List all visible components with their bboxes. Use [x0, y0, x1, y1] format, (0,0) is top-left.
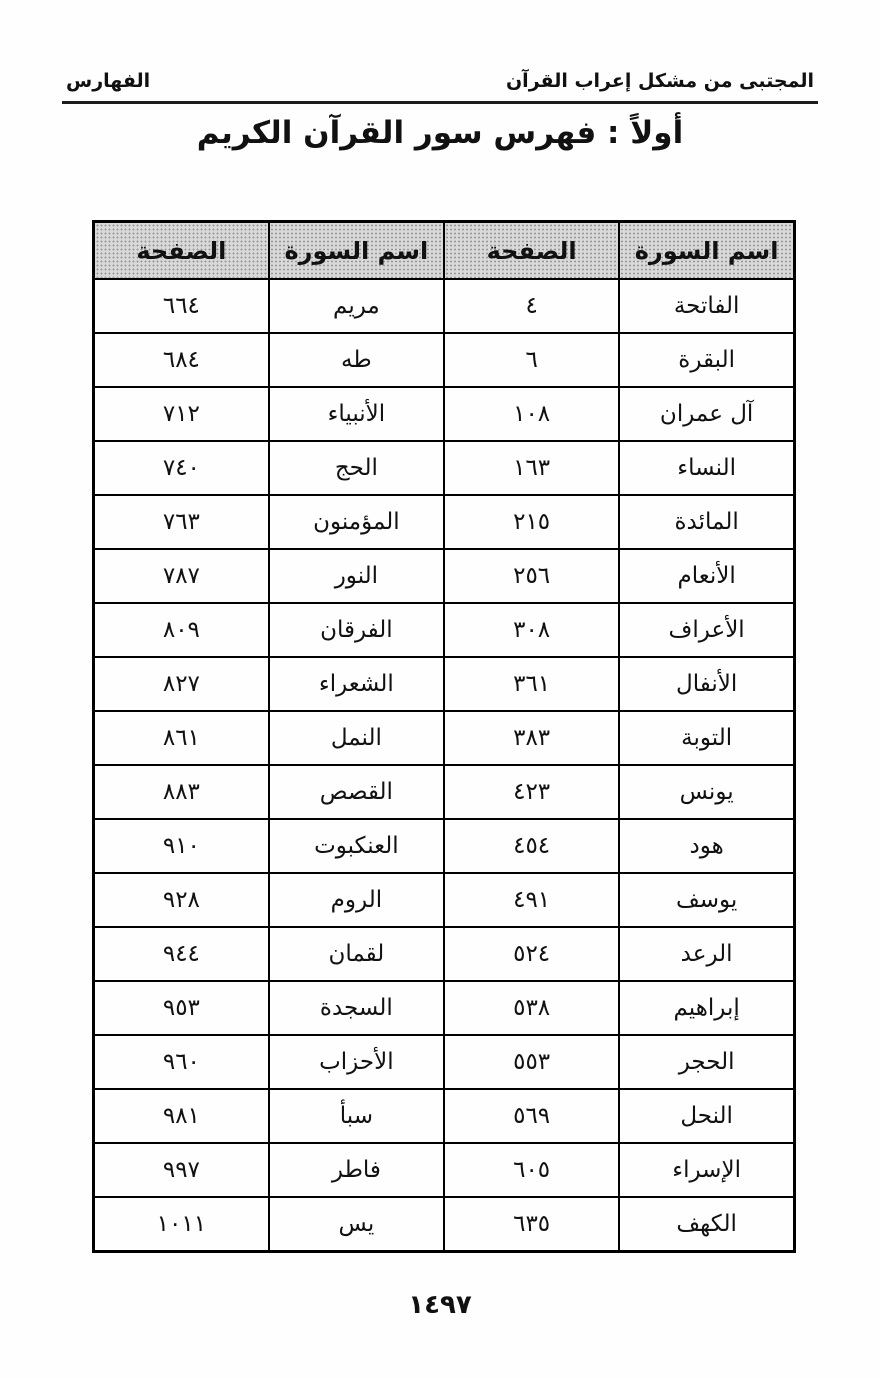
surah-name-cell: هود: [619, 819, 794, 873]
table-row: الإسراء٦٠٥فاطر٩٩٧: [94, 1143, 795, 1197]
page-number-cell: ٤٩١: [444, 873, 619, 927]
table-header: اسم السورة الصفحة اسم السورة الصفحة: [94, 222, 795, 280]
surah-name-cell: النحل: [619, 1089, 794, 1143]
table-row: البقرة٦طه٦٨٤: [94, 333, 795, 387]
surah-name-cell: الروم: [269, 873, 444, 927]
page-number-cell: ٦٦٤: [94, 279, 269, 333]
surah-name-cell: التوبة: [619, 711, 794, 765]
page-number-cell: ٣٨٣: [444, 711, 619, 765]
page-number-cell: ٤: [444, 279, 619, 333]
page-number-cell: ٦: [444, 333, 619, 387]
page-number-cell: ٩١٠: [94, 819, 269, 873]
page-number: ١٤٩٧: [0, 1290, 880, 1320]
page-number-cell: ٣٠٨: [444, 603, 619, 657]
page-number-cell: ٨٠٩: [94, 603, 269, 657]
page-number-cell: ٩٩٧: [94, 1143, 269, 1197]
table-row: إبراهيم٥٣٨السجدة٩٥٣: [94, 981, 795, 1035]
surah-name-cell: الأحزاب: [269, 1035, 444, 1089]
page-number-cell: ٨٢٧: [94, 657, 269, 711]
table-row: يوسف٤٩١الروم٩٢٨: [94, 873, 795, 927]
page-number-cell: ٩٨١: [94, 1089, 269, 1143]
surah-name-cell: طه: [269, 333, 444, 387]
page-number-cell: ٣٦١: [444, 657, 619, 711]
surah-name-cell: النور: [269, 549, 444, 603]
header-rule: [62, 101, 818, 104]
page-number-cell: ٤٢٣: [444, 765, 619, 819]
surah-name-cell: يونس: [619, 765, 794, 819]
column-header-surah-name-1: اسم السورة: [619, 222, 794, 280]
surah-name-cell: لقمان: [269, 927, 444, 981]
page-number-cell: ٩٥٣: [94, 981, 269, 1035]
page-number-cell: ٦٣٥: [444, 1197, 619, 1252]
page-number-cell: ٥٥٣: [444, 1035, 619, 1089]
surah-name-cell: السجدة: [269, 981, 444, 1035]
surah-name-cell: المائدة: [619, 495, 794, 549]
book-page: المجتبى من مشكل إعراب القرآن الفهارس أول…: [0, 0, 880, 1378]
page-number-cell: ٩٢٨: [94, 873, 269, 927]
page-number-cell: ٧٤٠: [94, 441, 269, 495]
surah-name-cell: الشعراء: [269, 657, 444, 711]
surah-name-cell: الأنفال: [619, 657, 794, 711]
page-number-cell: ٩٦٠: [94, 1035, 269, 1089]
table-row: التوبة٣٨٣النمل٨٦١: [94, 711, 795, 765]
surah-name-cell: يس: [269, 1197, 444, 1252]
table-row: الأنعام٢٥٦النور٧٨٧: [94, 549, 795, 603]
book-title: المجتبى من مشكل إعراب القرآن: [506, 70, 814, 92]
column-header-surah-name-2: اسم السورة: [269, 222, 444, 280]
surah-index-table: اسم السورة الصفحة اسم السورة الصفحة الفا…: [92, 220, 796, 1253]
running-head: المجتبى من مشكل إعراب القرآن الفهارس: [66, 70, 814, 92]
page-number-cell: ٥٣٨: [444, 981, 619, 1035]
table-row: الأعراف٣٠٨الفرقان٨٠٩: [94, 603, 795, 657]
table-row: الرعد٥٢٤لقمان٩٤٤: [94, 927, 795, 981]
table-row: الأنفال٣٦١الشعراء٨٢٧: [94, 657, 795, 711]
surah-name-cell: يوسف: [619, 873, 794, 927]
table-row: هود٤٥٤العنكبوت٩١٠: [94, 819, 795, 873]
table-row: الكهف٦٣٥يس١٠١١: [94, 1197, 795, 1252]
page-number-cell: ٢٥٦: [444, 549, 619, 603]
header-row: اسم السورة الصفحة اسم السورة الصفحة: [94, 222, 795, 280]
surah-name-cell: البقرة: [619, 333, 794, 387]
surah-name-cell: الحج: [269, 441, 444, 495]
table-row: النحل٥٦٩سبأ٩٨١: [94, 1089, 795, 1143]
table-row: النساء١٦٣الحج٧٤٠: [94, 441, 795, 495]
page-number-cell: ٨٦١: [94, 711, 269, 765]
table-row: آل عمران١٠٨الأنبياء٧١٢: [94, 387, 795, 441]
table-row: الحجر٥٥٣الأحزاب٩٦٠: [94, 1035, 795, 1089]
page-number-cell: ٧٦٣: [94, 495, 269, 549]
page-number-cell: ٧٨٧: [94, 549, 269, 603]
table-row: الفاتحة٤مريم٦٦٤: [94, 279, 795, 333]
page-number-cell: ٧١٢: [94, 387, 269, 441]
surah-name-cell: النساء: [619, 441, 794, 495]
surah-name-cell: الفرقان: [269, 603, 444, 657]
surah-name-cell: سبأ: [269, 1089, 444, 1143]
page-number-cell: ٦٠٥: [444, 1143, 619, 1197]
table-row: يونس٤٢٣القصص٨٨٣: [94, 765, 795, 819]
surah-name-cell: العنكبوت: [269, 819, 444, 873]
surah-name-cell: الحجر: [619, 1035, 794, 1089]
surah-name-cell: الأعراف: [619, 603, 794, 657]
column-header-page-1: الصفحة: [444, 222, 619, 280]
surah-name-cell: الأنبياء: [269, 387, 444, 441]
surah-name-cell: النمل: [269, 711, 444, 765]
surah-name-cell: مريم: [269, 279, 444, 333]
table-body: الفاتحة٤مريم٦٦٤البقرة٦طه٦٨٤آل عمران١٠٨ال…: [94, 279, 795, 1252]
surah-name-cell: الفاتحة: [619, 279, 794, 333]
page-number-cell: ٦٨٤: [94, 333, 269, 387]
surah-name-cell: الإسراء: [619, 1143, 794, 1197]
page-number-cell: ٥٦٩: [444, 1089, 619, 1143]
page-number-cell: ٤٥٤: [444, 819, 619, 873]
surah-name-cell: فاطر: [269, 1143, 444, 1197]
page-number-cell: ٩٤٤: [94, 927, 269, 981]
column-header-page-2: الصفحة: [94, 222, 269, 280]
surah-name-cell: الأنعام: [619, 549, 794, 603]
page-title: أولاً : فهرس سور القرآن الكريم: [0, 115, 880, 151]
surah-name-cell: القصص: [269, 765, 444, 819]
page-number-cell: ١٠٨: [444, 387, 619, 441]
page-number-cell: ١٦٣: [444, 441, 619, 495]
page-number-cell: ٥٢٤: [444, 927, 619, 981]
page-number-cell: ٨٨٣: [94, 765, 269, 819]
table-row: المائدة٢١٥المؤمنون٧٦٣: [94, 495, 795, 549]
surah-name-cell: الكهف: [619, 1197, 794, 1252]
section-label: الفهارس: [66, 70, 150, 92]
surah-name-cell: الرعد: [619, 927, 794, 981]
page-number-cell: ١٠١١: [94, 1197, 269, 1252]
surah-name-cell: المؤمنون: [269, 495, 444, 549]
surah-name-cell: آل عمران: [619, 387, 794, 441]
page-number-cell: ٢١٥: [444, 495, 619, 549]
surah-name-cell: إبراهيم: [619, 981, 794, 1035]
